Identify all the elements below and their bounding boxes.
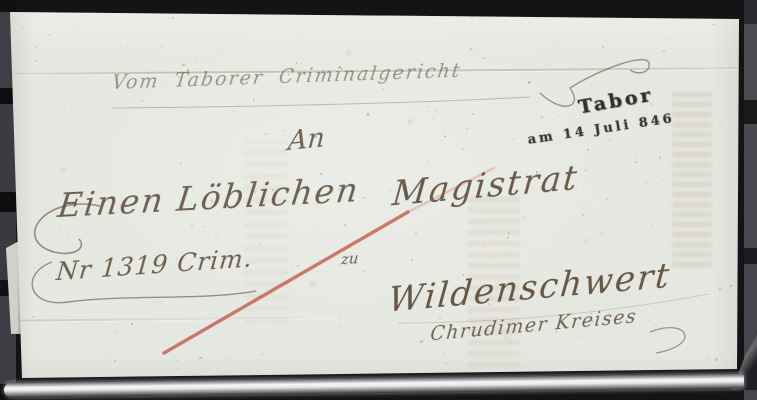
mount-sleeve-highlight [4, 373, 744, 397]
ink-bleedthrough [672, 92, 712, 272]
ink-bleedthrough [244, 140, 288, 330]
address-preposition: zu [340, 249, 359, 269]
photo-stage: Vom Taborer Criminalgericht An Einen Löb… [0, 0, 757, 400]
letter-sheet: Vom Taborer Criminalgericht An Einen Löb… [0, 0, 757, 400]
address-salutation: An [287, 122, 326, 157]
